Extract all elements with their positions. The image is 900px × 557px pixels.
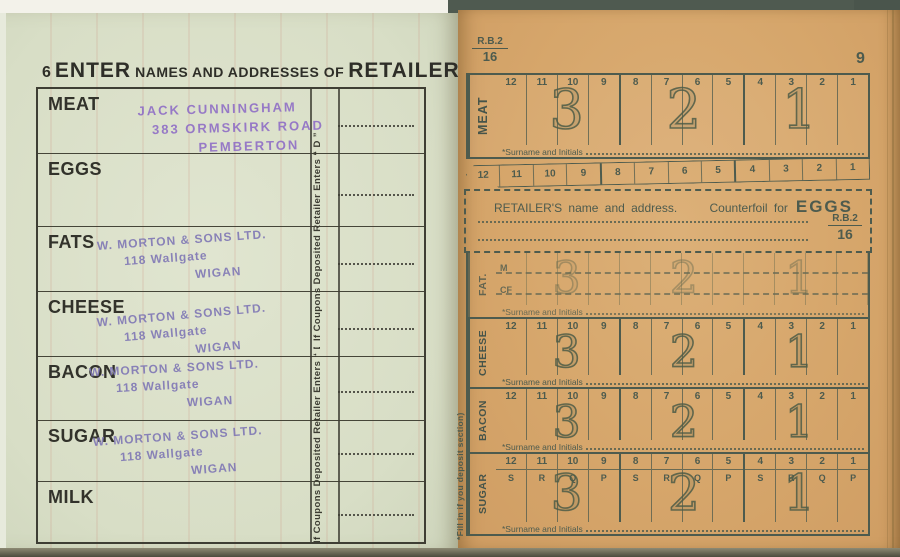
coupon-number-cell: 10 (534, 164, 568, 186)
coupon-number-cell: 1 (838, 75, 868, 145)
coupon-strip-fat: FAT. M CF 3 2 1 *Surname and Initials (468, 253, 868, 317)
table-row-milk: MILK (38, 481, 424, 542)
big-numeral-1: 1 (785, 257, 813, 301)
coupon-number-cell: 3 (770, 159, 804, 181)
coupon-number-cell: 8 (621, 389, 652, 440)
coupon-number-cell: 5 (713, 389, 745, 440)
section-number: 6 (42, 64, 51, 81)
stamp-line: WIGAN (186, 390, 261, 411)
coupon-number-cell: 12 (496, 75, 527, 145)
retailer-stamp: W. MORTON & SONS LTD. 118 Wallgate WIGAN (89, 356, 261, 417)
row-label: EGGS (48, 159, 102, 180)
surname-label: *Surname and Initials (502, 524, 583, 534)
surname-line: *Surname and Initials (496, 522, 866, 534)
coupon-number: 4 (745, 456, 775, 470)
coupon-number-cell: 12 (496, 389, 527, 440)
scan-background-strip (0, 0, 460, 13)
coupon-number-cell: 1 P (838, 454, 868, 522)
big-numeral-3: 3 (549, 83, 583, 137)
torn-coupon-strip: 121110987654321 (466, 157, 870, 188)
coupon-number-cell: 5 (702, 161, 737, 183)
eggs-counterfoil: RETAILER'S name and address. Counterfoil… (464, 189, 872, 253)
form-code-top: R.B.2 (472, 36, 508, 49)
table-row-meat: MEAT JACK CUNNINGHAM 383 ORMSKIRK ROAD P… (38, 89, 424, 153)
coupon-number-cell: 4 (745, 389, 776, 440)
dotted-entry-line (478, 239, 808, 241)
strip-label: FAT. (468, 253, 496, 317)
dotted-fill (586, 153, 864, 155)
deposit-note-vertical: If Coupons Deposited Retailer Enters “ D… (312, 95, 336, 341)
dotted-fill (586, 530, 864, 532)
big-numeral-1: 1 (785, 401, 813, 445)
big-numeral-2: 2 (670, 401, 698, 445)
coupon-number-cell: 6 (668, 161, 702, 183)
table-row-fats: FATS W. MORTON & SONS LTD. 118 Wallgate … (38, 226, 424, 291)
row-label: MILK (48, 487, 94, 508)
form-code-bottom: 16 (828, 226, 862, 242)
strip-label: SUGAR (468, 454, 496, 534)
dotted-entry-line (338, 514, 414, 516)
coupon-number-cell: 4 S (745, 454, 776, 522)
coupon-number: 12 (496, 456, 526, 470)
big-numeral-2: 2 (668, 468, 700, 518)
surname-line: *Surname and Initials (496, 440, 866, 452)
coupon-strip-sugar: SUGAR 12 S 11 R 10 Q 9 P (468, 452, 868, 534)
coupon-number: 5 (713, 456, 743, 470)
retailer-stamp: W. MORTON & SONS LTD. 118 Wallgate WIGAN (96, 226, 269, 290)
surname-line: *Surname and Initials (496, 375, 866, 387)
table-row-sugar: SUGAR W. MORTON & SONS LTD. 118 Wallgate… (38, 420, 424, 481)
dotted-entry-line (478, 221, 808, 223)
big-numeral-1: 1 (783, 468, 815, 518)
coupon-letter: S (745, 470, 775, 483)
surname-label: *Surname and Initials (502, 147, 583, 157)
surname-line: *Surname and Initials (496, 145, 866, 157)
retailers-table: MEAT JACK CUNNINGHAM 383 ORMSKIRK ROAD P… (36, 87, 426, 544)
book-bottom-edge (0, 548, 900, 557)
dotted-fill (586, 383, 864, 385)
surname-label: *Surname and Initials (502, 377, 583, 387)
coupon-grid: 121110987654321 3 2 1 *Surname and Initi… (496, 319, 868, 387)
coupon-strip-meat: MEAT 121110987654321 3 2 1 *Surname and … (466, 73, 870, 159)
coupons-page: R.B.2 16 9 MEAT 121110987654321 3 2 1 *S… (458, 10, 900, 550)
form-code: R.B.2 16 (472, 36, 508, 64)
coupon-letter: S (496, 470, 526, 483)
coupon-strip-cheese: CHEESE 121110987654321 3 2 1 *Surname an… (468, 317, 868, 387)
coupon-letter: P (713, 470, 743, 483)
surname-line: *Surname and Initials (496, 305, 866, 317)
big-numeral-3: 3 (553, 401, 581, 445)
table-row-cheese: CHEESE W. MORTON & SONS LTD. 118 Wallgat… (38, 291, 424, 356)
coupon-number: 8 (621, 456, 651, 470)
coupon-number-cell: 12 S (496, 454, 527, 522)
coupon-strip-bacon: BACON 121110987654321 3 2 1 *Surname and… (468, 387, 868, 452)
dotted-entry-line (338, 125, 414, 127)
coupon-number-cell: 8 S (621, 454, 652, 522)
dotted-entry-line (338, 453, 414, 455)
coupon-number-cell: 4 (745, 319, 776, 375)
counterfoil-heading: RETAILER'S name and address. Counterfoil… (494, 197, 853, 217)
coupon-grid: 121110987654321 3 2 1 *Surname and Initi… (496, 75, 868, 157)
form-code-top: R.B.2 (828, 213, 862, 226)
retailer-stamp: JACK CUNNINGHAM 383 ORMSKIRK ROAD PEMBER… (137, 98, 324, 159)
retailers-page: 6ENTERNAMES AND ADDRESSES OFRETAILERS ME… (6, 13, 458, 549)
form-code-bottom: 16 (472, 49, 508, 64)
dotted-entry-line (338, 263, 414, 265)
title-middle: NAMES AND ADDRESSES OF (135, 64, 344, 80)
coupon-number-cell: 11 (500, 165, 534, 187)
coupon-letter: P (589, 470, 619, 483)
retailer-stamp: W. MORTON & SONS LTD. 118 Wallgate WIGAN (92, 422, 265, 486)
big-numeral-3: 3 (553, 257, 581, 301)
counterfoil-text: RETAILER'S name and address. (494, 201, 677, 215)
big-numeral-3: 3 (553, 331, 581, 375)
coupon-grid: 12 S 11 R 10 Q 9 P 8 S (496, 454, 868, 534)
big-numeral-2: 2 (670, 257, 698, 301)
table-row-eggs: EGGS (38, 153, 424, 226)
fat-mark-m: M (500, 263, 508, 273)
coupon-number-cell: 2 (803, 158, 837, 180)
dotted-fill (586, 313, 864, 315)
strip-label: CHEESE (468, 319, 496, 387)
coupon-grid: 121110987654321 3 2 1 *Surname and Initi… (496, 389, 868, 452)
coupon-number-cell: 5 P (713, 454, 745, 522)
page-title: 6ENTERNAMES AND ADDRESSES OFRETAILERS (42, 59, 475, 83)
counterfoil-for: Counterfoil for (710, 201, 788, 215)
coupon-number-cell: 5 (713, 75, 745, 145)
dotted-entry-line (338, 391, 414, 393)
strip-label: MEAT (468, 75, 496, 157)
coupon-number-cell: 4 (745, 75, 776, 145)
coupon-number-cell: 8 (621, 75, 652, 145)
coupon-letter: P (838, 470, 868, 483)
coupon-number-cell: 9 (589, 75, 621, 145)
title-retailers: RETAILERS (348, 59, 474, 82)
page-stack-edge (887, 10, 888, 550)
coupon-number-cell: 9 (589, 319, 621, 375)
coupon-number-cell: 8 (601, 163, 635, 185)
coupon-grid: M CF 3 2 1 *Surname and Initials (496, 253, 868, 317)
fill-in-note-vertical: *Fill in if you deposit section) (455, 253, 467, 540)
big-numeral-1: 1 (785, 331, 813, 375)
dotted-fill (586, 448, 864, 450)
coupon-number-cell: 12 (467, 166, 501, 188)
table-row-bacon: BACON W. MORTON & SONS LTD. 118 Wallgate… (38, 356, 424, 420)
coupon-number-cell: 7 (635, 162, 669, 184)
coupon-number-cell: 1 (836, 158, 869, 180)
coupon-number-cell: 1 (838, 319, 868, 375)
dotted-entry-line (338, 194, 414, 196)
coupon-number-cell: 9 P (589, 454, 621, 522)
fat-mark-cf: CF (500, 285, 512, 295)
page-number: 9 (856, 50, 865, 68)
coupon-number-cell: 9 (589, 389, 621, 440)
coupon-number-cell: 12 (496, 319, 527, 375)
table-column-divider (338, 89, 340, 542)
coupon-number-cell: 9 (567, 163, 602, 185)
surname-label: *Surname and Initials (502, 307, 583, 317)
coupon-letter: S (621, 470, 651, 483)
coupon-number: 1 (838, 456, 868, 470)
coupon-number-cell: 4 (736, 160, 770, 182)
ration-book-photo: 6ENTERNAMES AND ADDRESSES OFRETAILERS ME… (0, 0, 900, 557)
coupon-number-cell: 5 (713, 319, 745, 375)
title-enter: ENTER (55, 59, 131, 82)
deposit-note-vertical: If Coupons Deposited Retailer Enters “ D… (312, 347, 336, 543)
coupon-number: 9 (589, 456, 619, 470)
form-code: R.B.2 16 (828, 213, 862, 242)
coupon-number-cell: 1 (838, 389, 868, 440)
coupon-number-cell: 8 (621, 319, 652, 375)
big-numeral-2: 2 (670, 331, 698, 375)
dotted-entry-line (338, 328, 414, 330)
page-stack-edge (892, 10, 894, 550)
big-numeral-1: 1 (782, 83, 816, 137)
row-label: MEAT (48, 94, 100, 115)
row-label: FATS (48, 232, 95, 253)
strip-label: BACON (468, 389, 496, 452)
big-numeral-2: 2 (667, 83, 701, 137)
big-numeral-3: 3 (551, 468, 583, 518)
coupon-table: FAT. M CF 3 2 1 *Surname and Initials CH… (466, 253, 870, 536)
surname-label: *Surname and Initials (502, 442, 583, 452)
